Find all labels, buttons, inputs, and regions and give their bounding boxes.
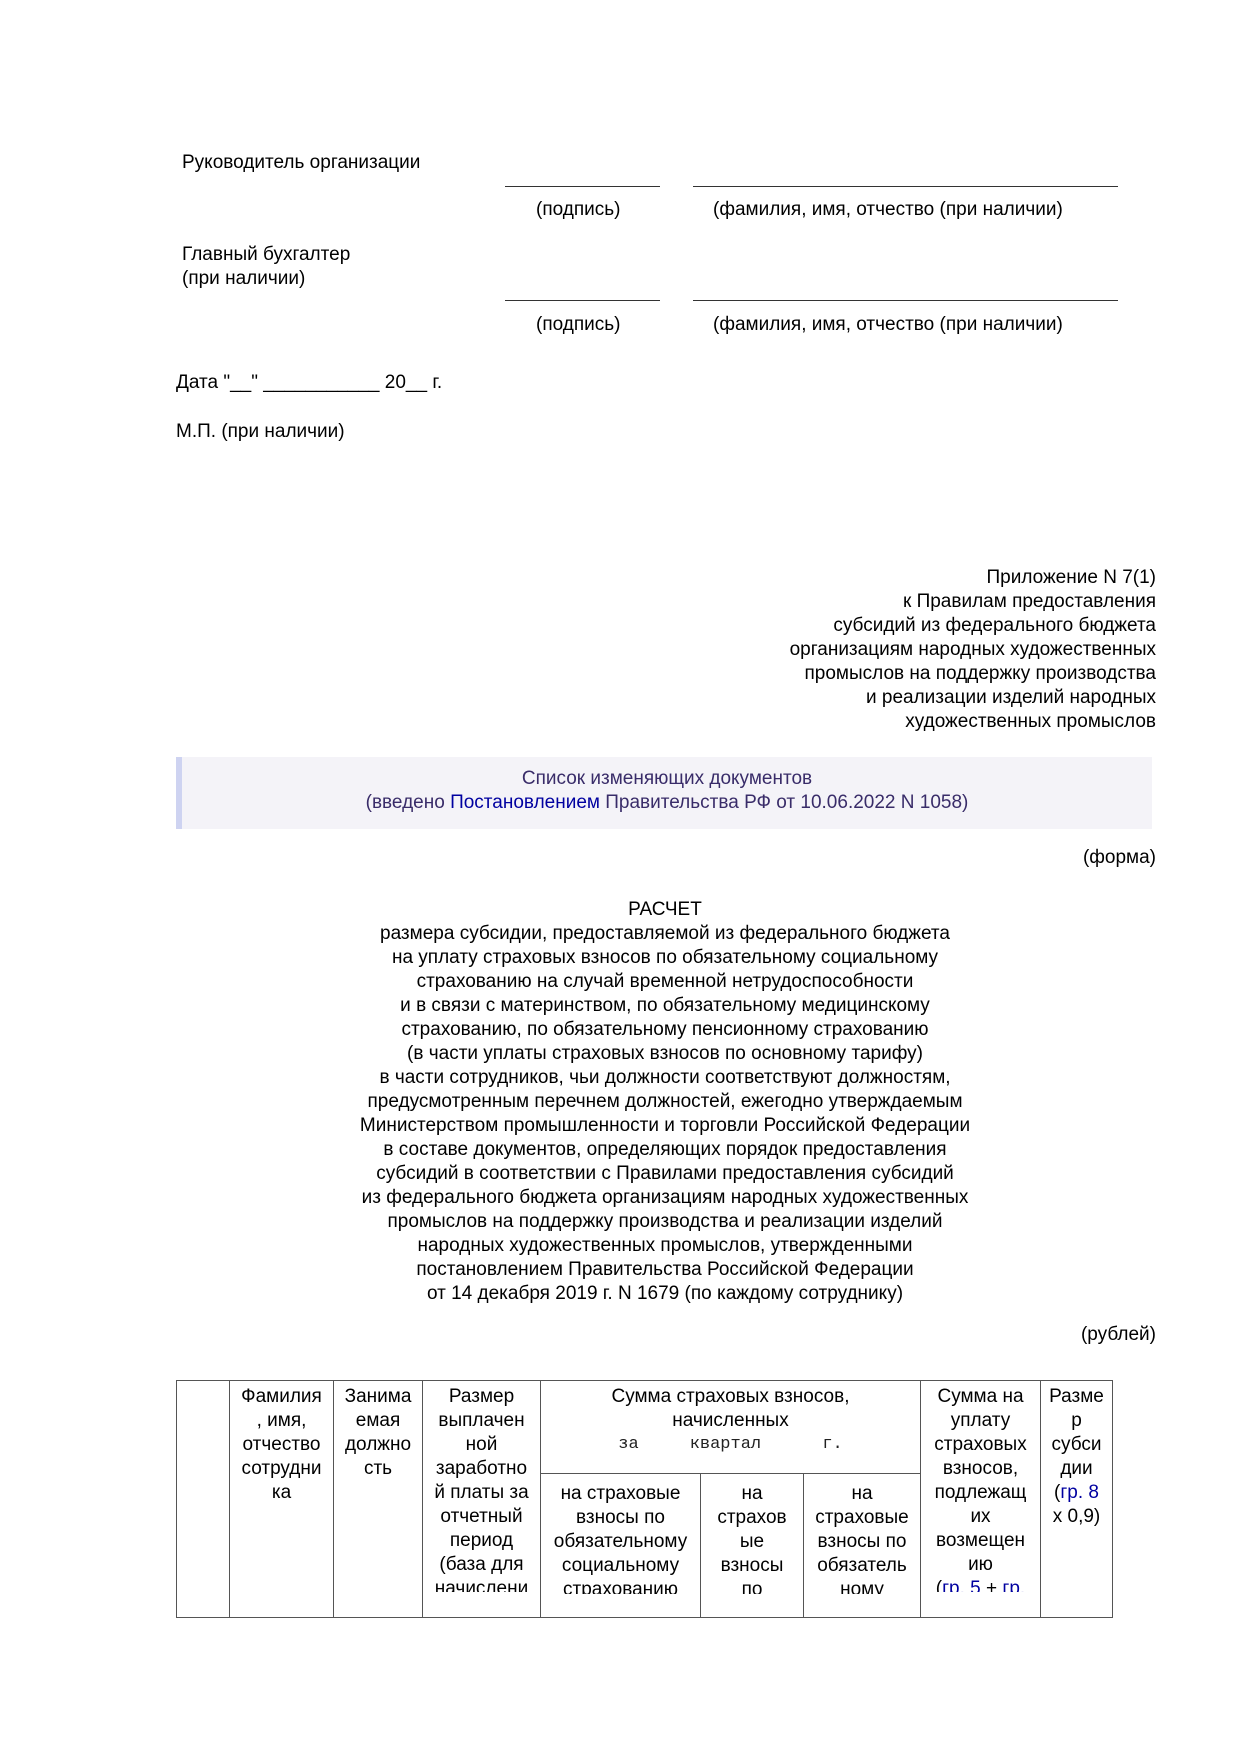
header-cell-contributions-group: Сумма страховых взносов, начисленных за …: [541, 1381, 921, 1474]
appendix-line: и реализации изделий народных: [790, 686, 1156, 710]
accountant-name-caption: (фамилия, имя, отчество (при наличии): [713, 314, 1063, 336]
accountant-signature-caption: (подпись): [536, 314, 620, 336]
column-link[interactable]: гр.: [1002, 1578, 1025, 1592]
title-line: в составе документов, определяющих поряд…: [220, 1138, 1110, 1162]
title-line: и в связи с материнством, по обязательно…: [220, 994, 1110, 1018]
accountant-name-line: [693, 300, 1118, 301]
header-cell-number: [177, 1381, 230, 1618]
title-line: народных художественных промыслов, утвер…: [220, 1234, 1110, 1258]
header-cell-reimbursable-sum: Сумма на уплату страховых взносов, подле…: [921, 1381, 1041, 1618]
amending-documents-entry: (введено Постановлением Правительства РФ…: [182, 791, 1152, 815]
title-line: субсидий в соответствии с Правилами пред…: [220, 1162, 1110, 1186]
title-line: страхованию, по обязательному пенсионном…: [220, 1018, 1110, 1042]
head-name-line: [693, 186, 1118, 187]
units-label: (рублей): [1081, 1324, 1156, 1346]
header-cell-mandatory-contributions: на страховые взносы по обязатель ному: [804, 1474, 921, 1618]
title-line: страхованию на случай временной нетрудос…: [220, 970, 1110, 994]
calculation-table: Фамилия , имя, отчество сотрудни ка Зани…: [176, 1380, 1113, 1618]
appendix-line: Приложение N 7(1): [790, 566, 1156, 590]
document-title: РАСЧЕТ размера субсидии, предоставляемой…: [220, 898, 1110, 1306]
form-label: (форма): [1083, 847, 1156, 869]
appendix-line: художественных промыслов: [790, 710, 1156, 734]
document-heading: РАСЧЕТ: [220, 898, 1110, 922]
header-cell-position: Занима емая должно сть: [334, 1381, 423, 1618]
title-line: из федерального бюджета организациям нар…: [220, 1186, 1110, 1210]
amending-documents-box: Список изменяющих документов (введено По…: [176, 757, 1152, 829]
title-line: в части сотрудников, чьи должности соотв…: [220, 1066, 1110, 1090]
head-of-organization-label: Руководитель организации: [182, 152, 420, 174]
column-5-link[interactable]: гр. 5: [942, 1578, 981, 1592]
appendix-line: промыслов на поддержку производства: [790, 662, 1156, 686]
amending-documents-title: Список изменяющих документов: [182, 767, 1152, 791]
chief-accountant-label-line1: Главный бухгалтер: [182, 244, 350, 266]
title-line: Министерством промышленности и торговли …: [220, 1114, 1110, 1138]
title-line: размера субсидии, предоставляемой из фед…: [220, 922, 1110, 946]
head-signature-line: [505, 186, 660, 187]
title-line: (в части уплаты страховых взносов по осн…: [220, 1042, 1110, 1066]
amending-prefix: (введено: [366, 792, 450, 813]
header-cell-full-name: Фамилия , имя, отчество сотрудни ка: [230, 1381, 334, 1618]
column-8-link[interactable]: гр. 8: [1060, 1482, 1099, 1503]
head-signature-caption: (подпись): [536, 199, 620, 221]
title-line: от 14 декабря 2019 г. N 1679 (по каждому…: [220, 1282, 1110, 1306]
date-line: Дата "__" ___________ 20__ г.: [176, 372, 442, 394]
title-line: предусмотренным перечнем должностей, еже…: [220, 1090, 1110, 1114]
quarter-year-fill-line: за квартал г.: [543, 1433, 918, 1457]
header-cell-subsidy-size: Разме р субси дии (гр. 8 х 0,9): [1041, 1381, 1113, 1618]
appendix-heading: Приложение N 7(1) к Правилам предоставле…: [790, 566, 1156, 734]
chief-accountant-label-line2: (при наличии): [182, 268, 305, 290]
header-cell-contributions-on: на страхов ые взносы по: [701, 1474, 804, 1618]
appendix-line: субсидий из федерального бюджета: [790, 614, 1156, 638]
appendix-line: организациям народных художественных: [790, 638, 1156, 662]
resolution-link[interactable]: Постановлением: [450, 792, 600, 813]
title-line: промыслов на поддержку производства и ре…: [220, 1210, 1110, 1234]
appendix-line: к Правилам предоставления: [790, 590, 1156, 614]
stamp-line: М.П. (при наличии): [176, 421, 345, 443]
title-line: постановлением Правительства Российской …: [220, 1258, 1110, 1282]
amending-suffix: Правительства РФ от 10.06.2022 N 1058): [600, 792, 968, 813]
head-name-caption: (фамилия, имя, отчество (при наличии): [713, 199, 1063, 221]
accountant-signature-line: [505, 300, 660, 301]
title-line: на уплату страховых взносов по обязатель…: [220, 946, 1110, 970]
header-cell-social-insurance: на страховые взносы по обязательному соц…: [541, 1474, 701, 1618]
header-cell-paid-salary: Размер выплачен ной заработно й платы за…: [423, 1381, 541, 1618]
